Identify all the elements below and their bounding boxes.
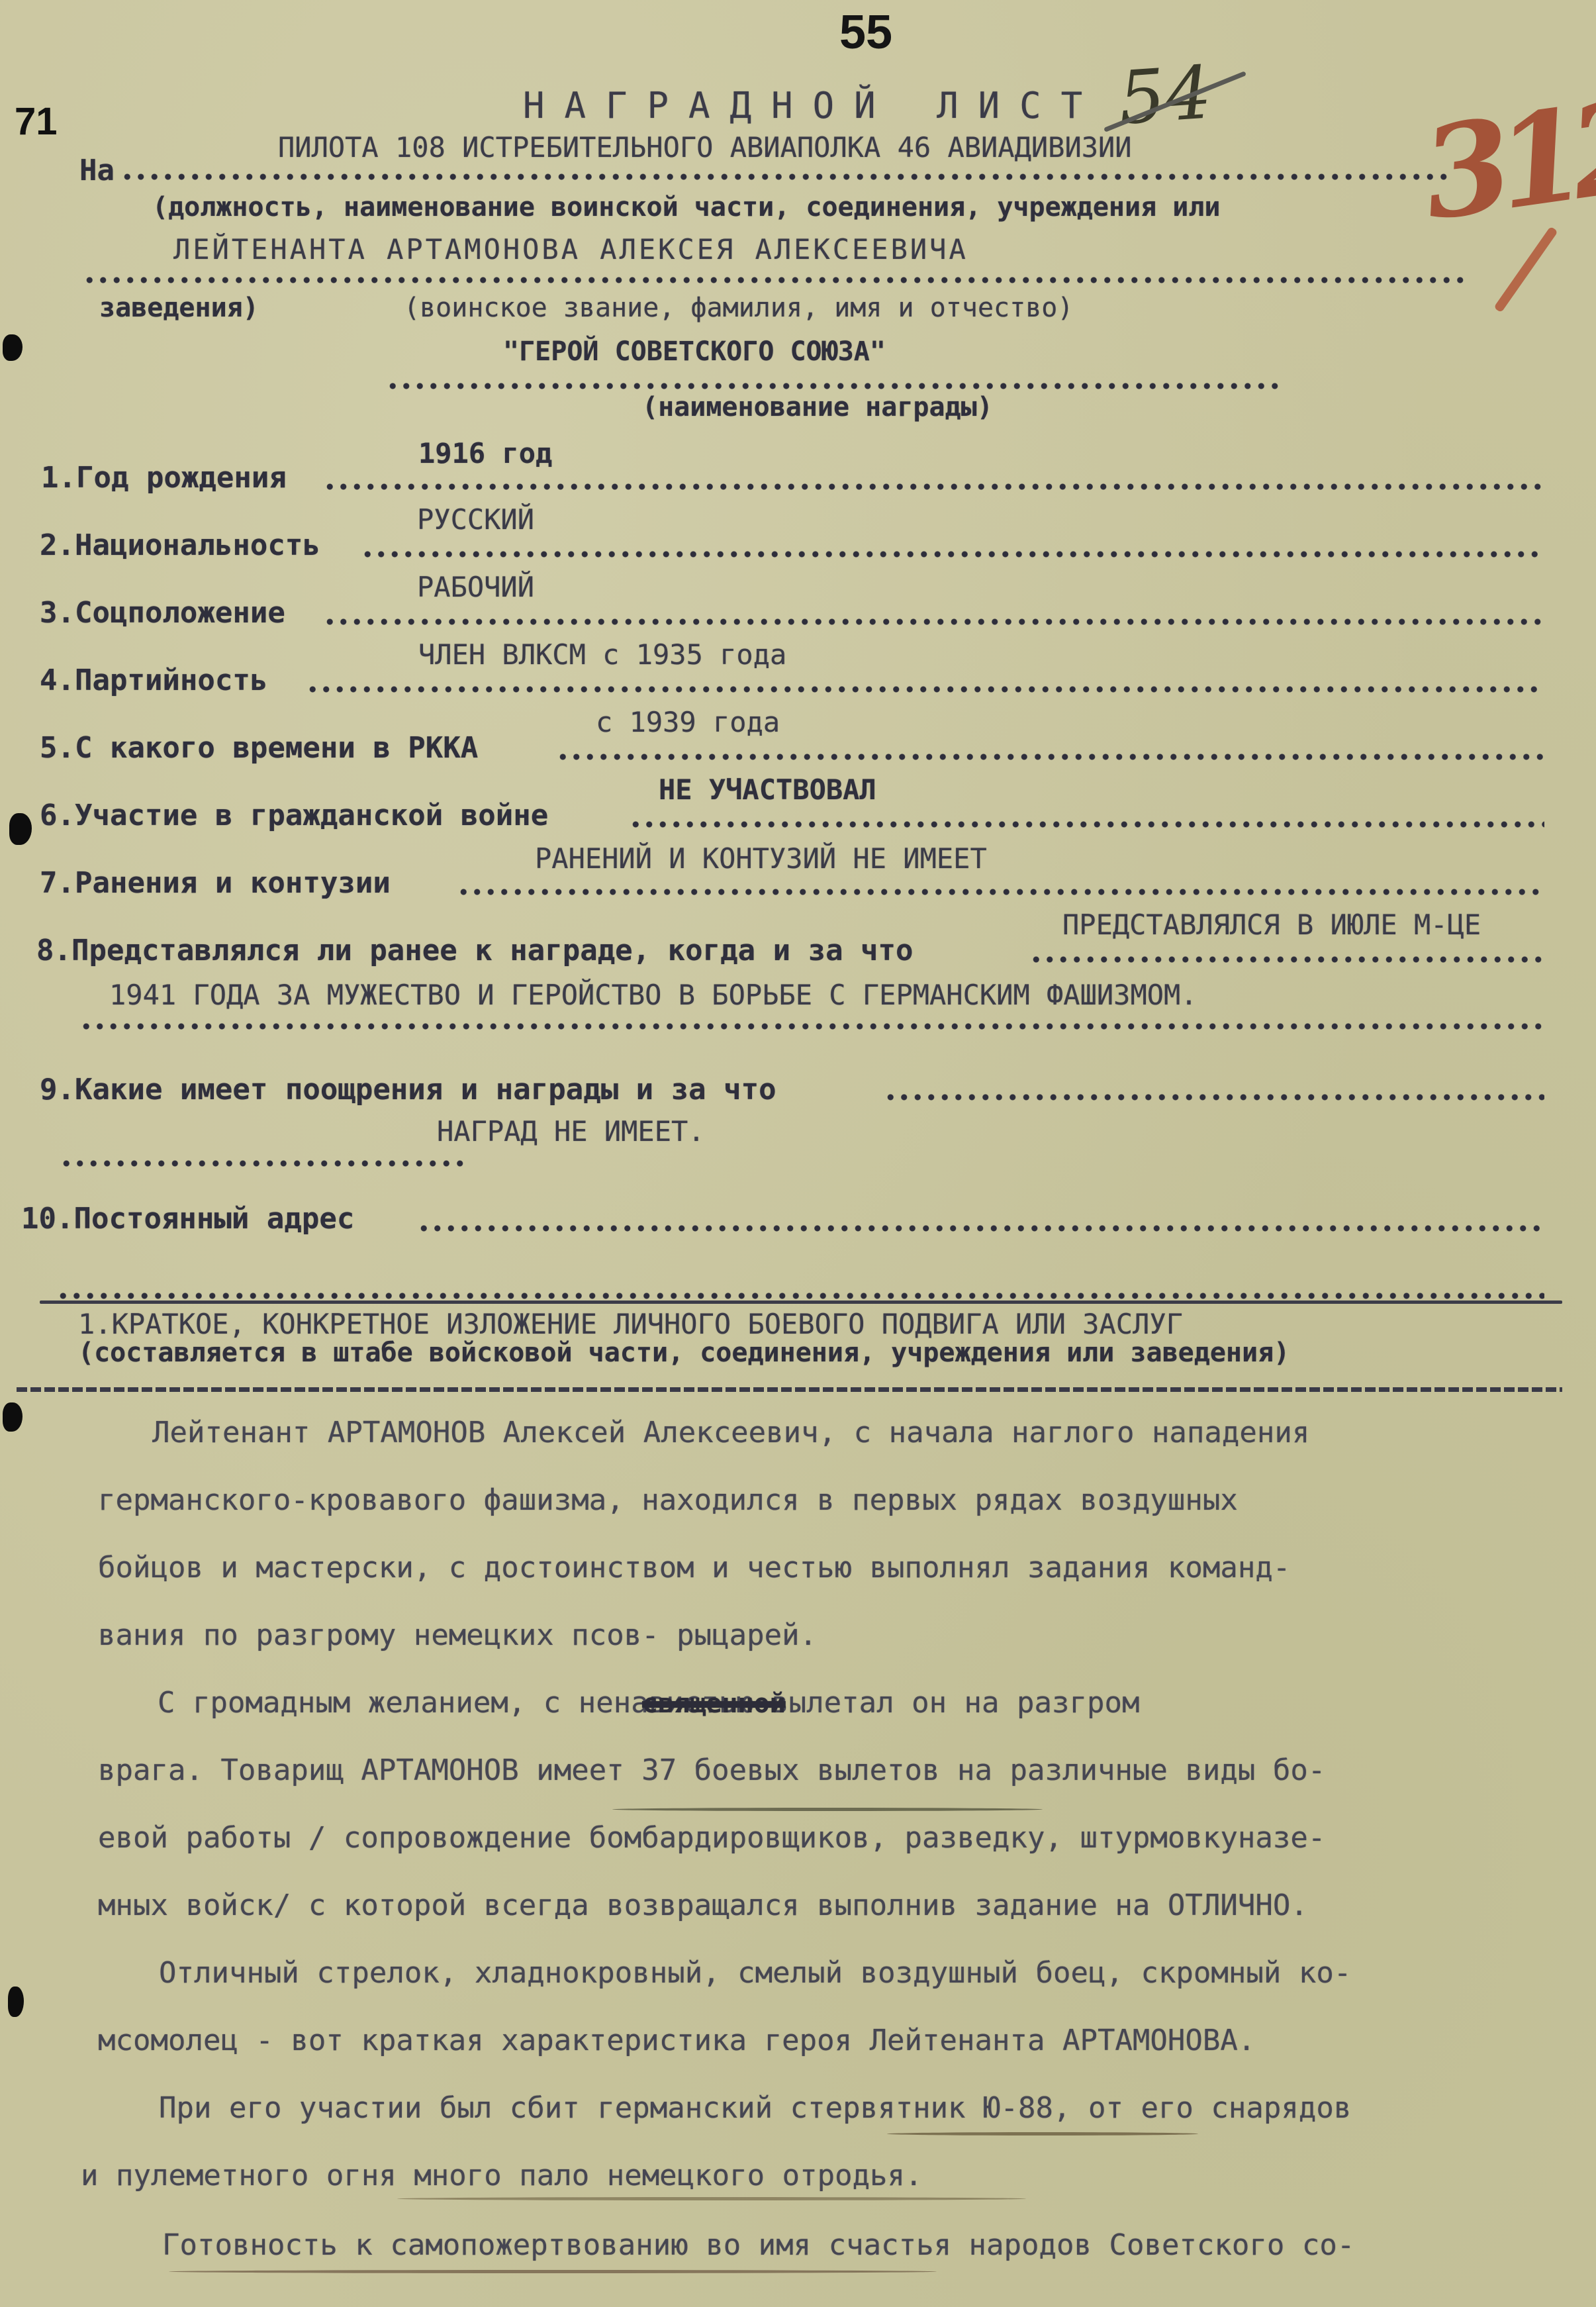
field-birth-year-value: 1916 год xyxy=(418,437,552,469)
body-line-12: и пулеметного огня много пало немецкого … xyxy=(81,2159,923,2192)
hand-underline xyxy=(612,1808,1043,1811)
dotted-leader xyxy=(417,1225,1544,1232)
body-line-9: Отличный стрелок, хладнокровный, смелый … xyxy=(159,1956,1351,1990)
field-birth-year-label: 1.Год рождения xyxy=(41,461,287,495)
dotted-leader xyxy=(79,1023,1544,1030)
body-line-13: Готовность к самопожертвованию во имя сч… xyxy=(162,2228,1354,2262)
award-name-value: "ГЕРОЙ СОВЕТСКОГО СОЮЗА" xyxy=(503,336,886,367)
field-party-value: ЧЛЕН ВЛКСМ с 1935 года xyxy=(418,638,786,671)
field-prior-award-label: 8.Представлялся ли ранее к награде, когд… xyxy=(36,934,914,967)
position-unit-caption: (должность, наименование воинской части,… xyxy=(152,192,1221,222)
field-rkka-since-value: с 1939 года xyxy=(596,706,780,738)
na-label: На xyxy=(79,154,115,187)
hand-underline xyxy=(397,2197,1026,2200)
hand-underline xyxy=(887,2132,1198,2135)
page-number: 55 xyxy=(839,5,892,60)
award-name-caption: (наименование награды) xyxy=(642,392,993,422)
body-line-8: мных войск/ с которой всегда возвращался… xyxy=(98,1889,1308,1922)
dotted-leader xyxy=(556,754,1544,760)
body-line-4: вания по разгрому немецких псов- рыцарей… xyxy=(98,1618,817,1652)
handwritten-old-page-number: 54 xyxy=(1116,50,1215,140)
margin-number: 71 xyxy=(15,99,58,144)
dotted-leader xyxy=(323,483,1544,490)
field-social-status-label: 3.Соцположение xyxy=(40,596,285,630)
body-line-11: При его участии был сбит германский стер… xyxy=(159,2091,1351,2125)
dotted-leader xyxy=(361,551,1544,558)
field-party-label: 4.Партийность xyxy=(40,663,267,697)
position-unit-value: ПИЛОТА 108 ИСТРЕБИТЕЛЬНОГО АВИАПОЛКА 46 … xyxy=(278,131,1132,164)
section-divider-top xyxy=(40,1301,1562,1304)
field-prior-award-value: ПРЕДСТАВЛЯЛСЯ В ИЮЛЕ М-ЦЕ xyxy=(1062,908,1481,941)
body-line-3: бойцов и мастерски, с достоинством и чес… xyxy=(98,1551,1290,1585)
dotted-leader xyxy=(323,618,1544,625)
body-line-1: Лейтенант АРТАМОНОВ Алексей Алексеевич, … xyxy=(152,1416,1309,1449)
dotted-leader xyxy=(386,383,1283,389)
field-wounds-label: 7.Ранения и контузии xyxy=(40,866,391,900)
rank-name-value: ЛЕЙТЕНАНТА АРТАМОНОВА АЛЕКСЕЯ АЛЕКСЕЕВИЧ… xyxy=(173,233,968,266)
field-nationality-label: 2.Национальность xyxy=(40,528,320,562)
body-line-6: врага. Товарищ АРТАМОНОВ имеет 37 боевых… xyxy=(98,1753,1325,1787)
struck-out-word: священной xyxy=(642,1689,786,1719)
field-nationality-value: РУССКИЙ xyxy=(417,503,534,536)
field-civil-war-label: 6.Участие в гражданской войне xyxy=(40,799,548,832)
document-title: НАГРАДНОЙ ЛИСТ xyxy=(523,85,1102,126)
field-decorations-label: 9.Какие имеет поощрения и награды и за ч… xyxy=(40,1073,776,1106)
field-decorations-value: НАГРАД НЕ ИМЕЕТ. xyxy=(437,1115,705,1148)
dotted-leader xyxy=(629,821,1544,828)
dotted-leader xyxy=(56,1293,1544,1299)
body-line-10: мсомолец - вот краткая характеристика ге… xyxy=(98,2024,1255,2057)
field-prior-award-value-line2: 1941 ГОДА ЗА МУЖЕСТВО И ГЕРОЙСТВО В БОРЬ… xyxy=(109,979,1197,1011)
section1-heading: 1.КРАТКОЕ, КОНКРЕТНОЕ ИЗЛОЖЕНИЕ ЛИЧНОГО … xyxy=(78,1308,1183,1340)
field-address-label: 10.Постоянный адрес xyxy=(21,1202,354,1236)
dotted-leader xyxy=(120,173,1451,180)
body-line-2: германского-кровавого фашизма, находился… xyxy=(98,1483,1238,1517)
zavedeniya-caption: заведения) xyxy=(99,293,259,323)
field-wounds-value: РАНЕНИЙ И КОНТУЗИЙ НЕ ИМЕЕТ xyxy=(535,842,987,875)
dotted-leader xyxy=(306,686,1544,693)
field-civil-war-value: НЕ УЧАСТВОВАЛ xyxy=(659,773,876,806)
red-pencil-number: 312 xyxy=(1414,72,1596,249)
dotted-leader xyxy=(83,277,1470,283)
body-line-7: евой работы / сопровождение бомбардировщ… xyxy=(98,1821,1325,1855)
section1-subheading: (составляется в штабе войсковой части, с… xyxy=(78,1338,1290,1368)
hand-underline xyxy=(169,2270,937,2273)
dotted-leader xyxy=(60,1160,470,1167)
dotted-leader xyxy=(1029,956,1544,963)
field-social-status-value: РАБОЧИЙ xyxy=(417,571,534,603)
section-divider-bottom xyxy=(17,1387,1562,1392)
rank-name-caption: (воинское звание, фамилия, имя и отчеств… xyxy=(404,293,1073,323)
dotted-leader xyxy=(457,889,1544,895)
field-rkka-since-label: 5.С какого времени в РККА xyxy=(40,731,478,765)
dotted-leader xyxy=(884,1094,1544,1101)
